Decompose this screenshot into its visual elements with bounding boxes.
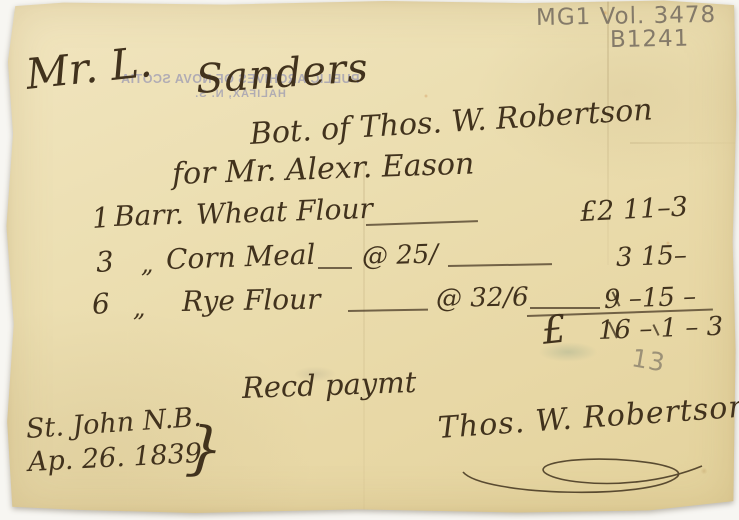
item-amount: £2 11–3 xyxy=(579,193,688,226)
pencil-total-note: 13 xyxy=(630,345,668,375)
received-payment-line: Recd paymt xyxy=(241,368,416,403)
addressee-surname: Sanders xyxy=(195,48,370,100)
total-currency-sign: £ xyxy=(540,310,568,350)
item-amount: 3 15– xyxy=(616,243,688,271)
item-rate: @ 25/ xyxy=(362,241,439,270)
item-unit: Barr. xyxy=(114,201,185,231)
ditto-mark: „ xyxy=(141,252,153,276)
archive-reference-line2: B1241 xyxy=(610,28,690,52)
scanned-receipt-document: MG1 Vol. 3478 B1241 PUBLIC ARCHIVES OF N… xyxy=(0,0,739,520)
item-description: Wheat Flour xyxy=(196,195,374,229)
ditto-mark: „ xyxy=(133,296,145,320)
total-amount: 16 – 1 – 3 xyxy=(598,314,724,344)
item-qty: 6 xyxy=(91,290,111,319)
addressee-title: Mr. L. xyxy=(24,41,154,96)
item-rate: @ 32/6 xyxy=(436,284,529,312)
item-description: Rye Flour xyxy=(182,286,321,316)
item-description: Corn Meal xyxy=(166,241,316,274)
item-qty: 1 xyxy=(91,204,111,233)
date-brace: } xyxy=(184,418,225,478)
fill-line xyxy=(318,267,352,269)
item-qty: 3 xyxy=(95,248,115,277)
signature-flourish xyxy=(455,450,710,505)
